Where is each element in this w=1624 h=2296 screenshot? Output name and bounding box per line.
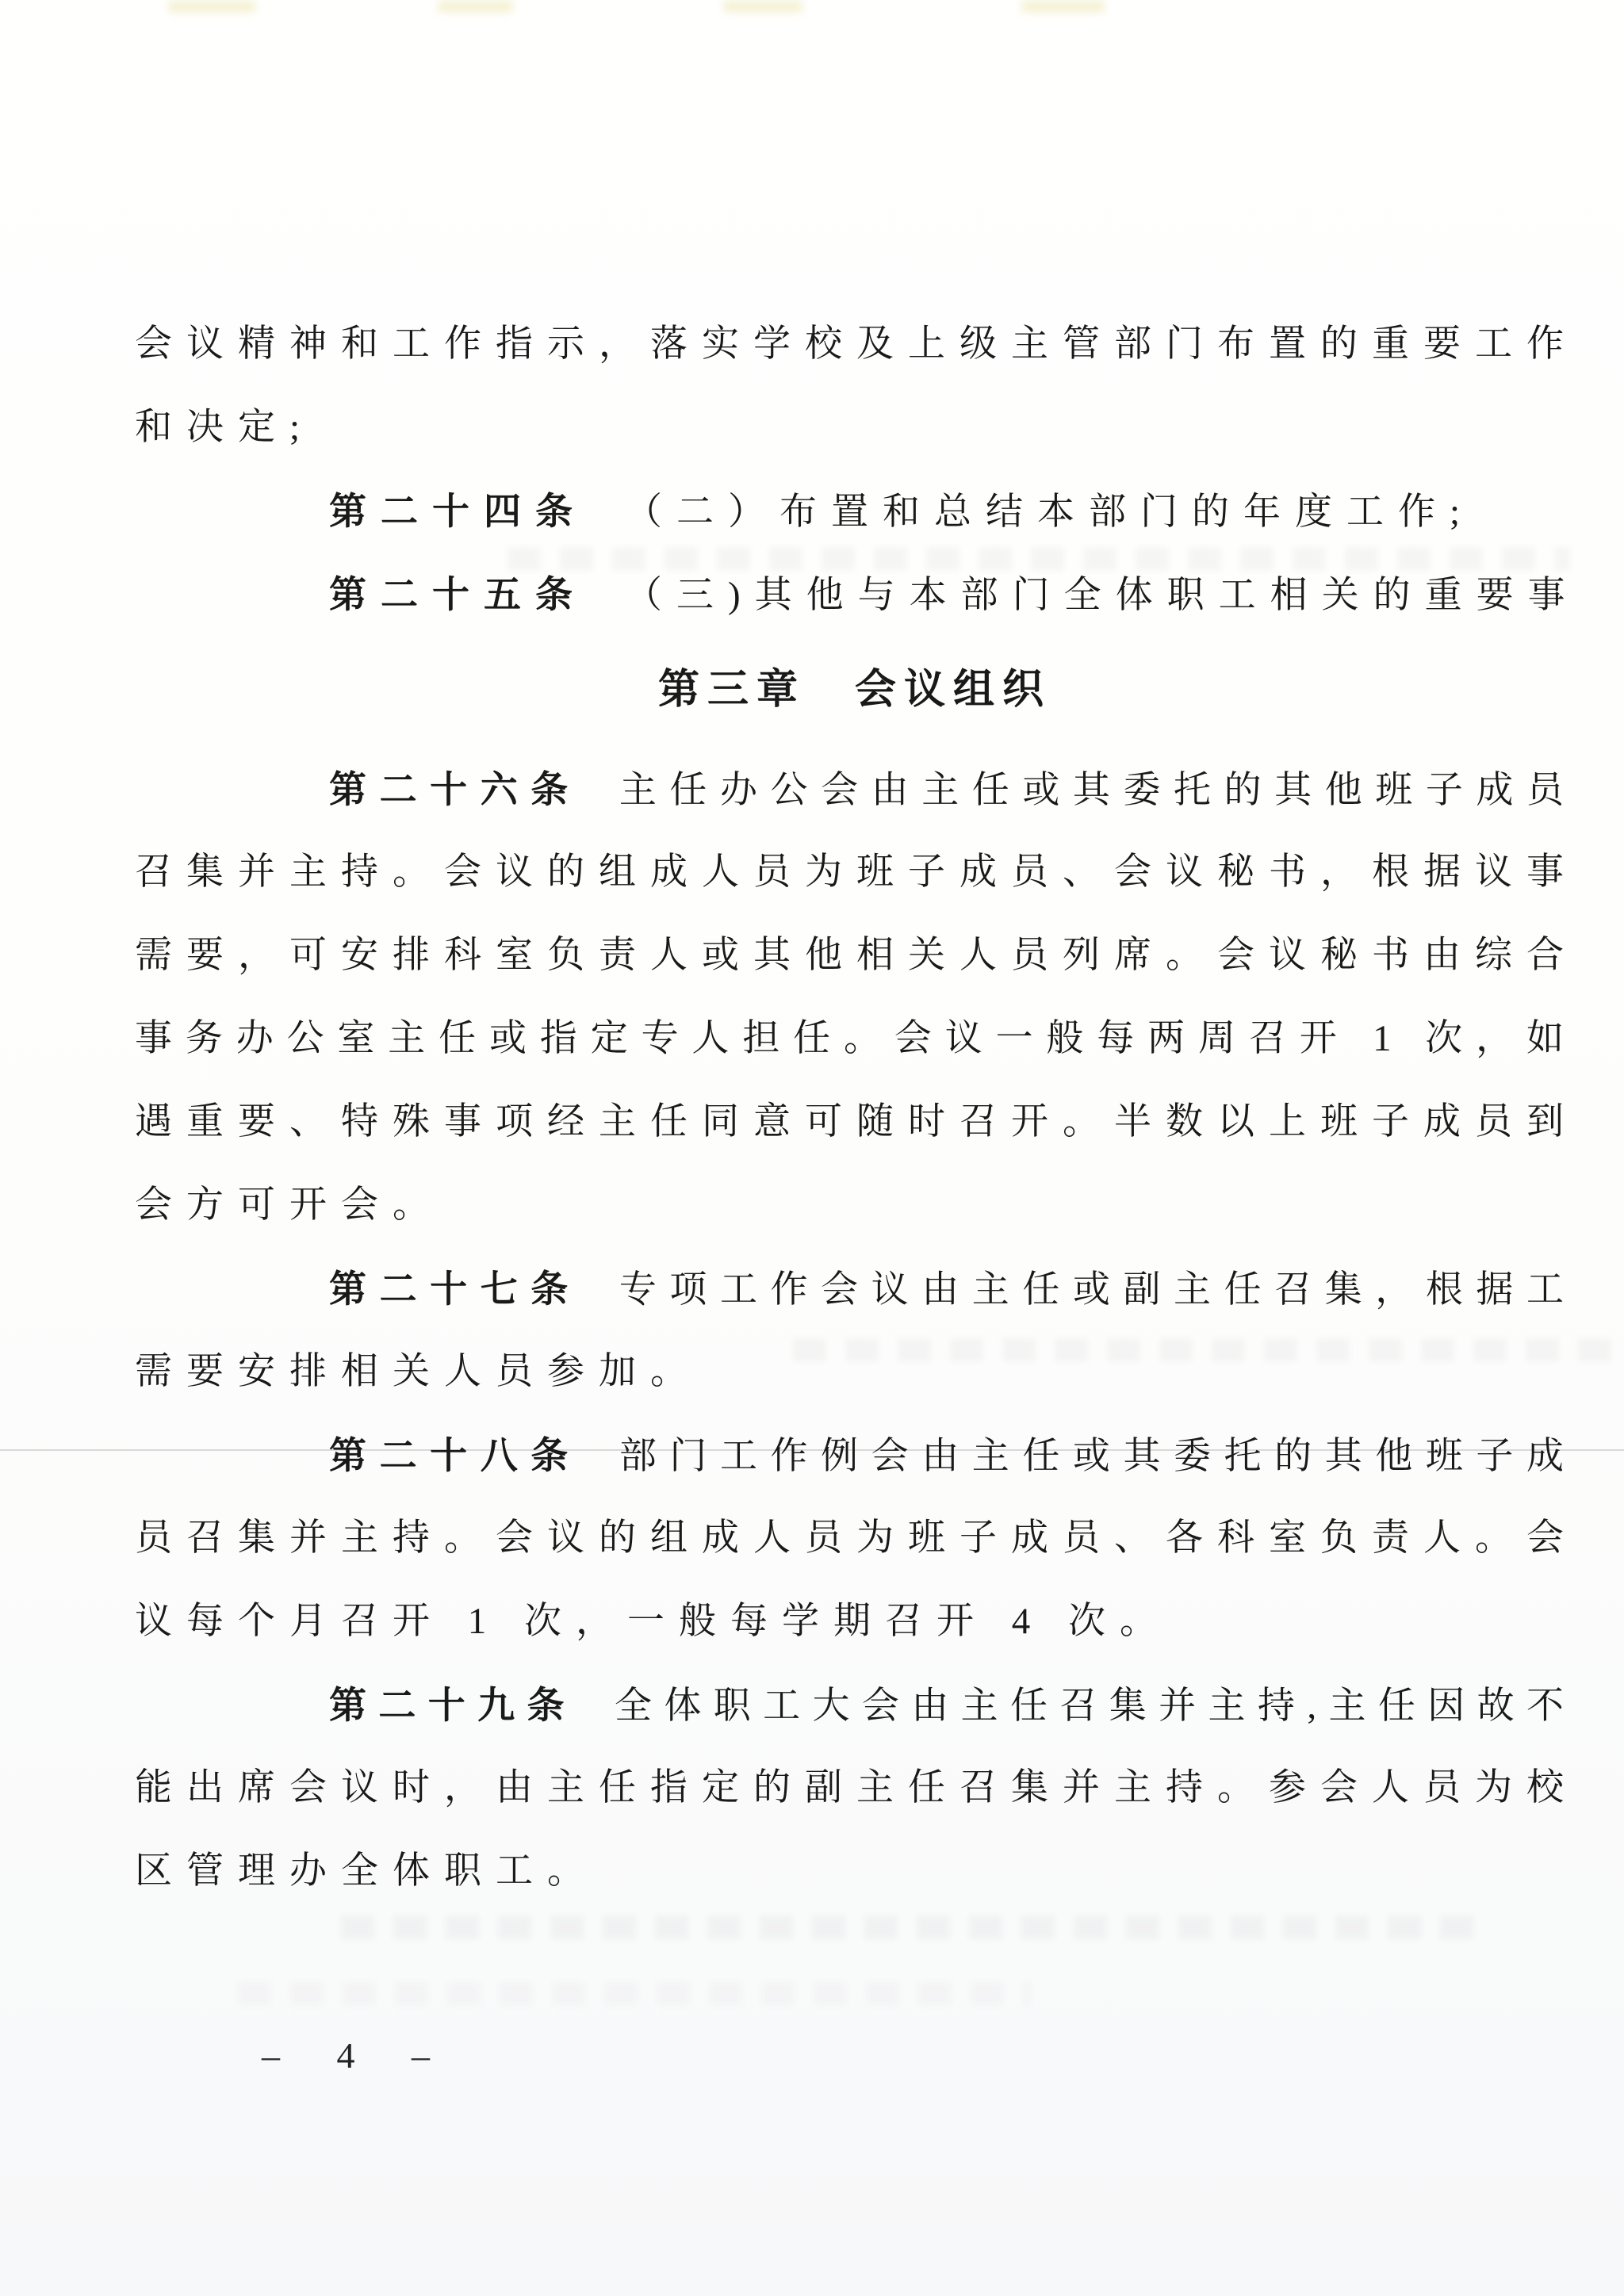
body-line: 会议精神和工作指示，落实学校及上级主管部门布置的重要工作	[135, 303, 1575, 386]
body-line: 议每个月召开 1 次，一般每学期召开 4 次。	[135, 1580, 1575, 1663]
article-number: 第二十八条	[329, 1434, 581, 1476]
body-line: 第二十八条部门工作例会由主任或其委托的其他班子成	[135, 1414, 1575, 1497]
body-line: 第二十六条主任办公会由主任或其委托的其他班子成员	[135, 748, 1575, 831]
bleed-through-artifact	[341, 1915, 1491, 1939]
article-number: 第二十六条	[329, 768, 581, 810]
body-line: 员召集并主持。会议的组成人员为班子成员、各科室负责人。会	[135, 1497, 1575, 1580]
body-line: 需要安排相关人员参加。	[135, 1330, 1575, 1414]
body-line: 召集并主持。会议的组成人员为班子成员、会议秘书，根据议事	[135, 831, 1575, 914]
scan-smudge-artifact	[1021, 0, 1105, 13]
body-line: 能出席会议时，由主任指定的副主任召集并主持。参会人员为校	[135, 1747, 1575, 1830]
article-number: 第二十四条	[329, 490, 587, 532]
body-line: 区管理办全体职工。	[135, 1830, 1575, 1913]
article-text: （三)其他与本部门全体职工相关的重要事项。	[625, 575, 1575, 616]
body-line: 需要，可安排科室负责人或其他相关人员列席。会议秘书由综合	[135, 914, 1575, 997]
article-number: 第二十九条	[329, 1684, 576, 1726]
article-number: 第二十五条	[329, 573, 587, 615]
body-line: 遇重要、特殊事项经主任同意可随时召开。半数以上班子成员到	[135, 1081, 1575, 1164]
body-line: 第二十五条（三)其他与本部门全体职工相关的重要事项。	[135, 553, 1575, 636]
scan-smudge-artifact	[168, 0, 255, 13]
article-text: 全体职工大会由主任召集并主持,主任因故不	[615, 1686, 1575, 1727]
body-line: 事务办公室主任或指定专人担任。会议一般每两周召开 1 次，如	[135, 997, 1575, 1081]
article-number: 第二十七条	[329, 1268, 581, 1310]
body-line: 会方可开会。	[135, 1164, 1575, 1247]
scan-smudge-artifact	[438, 0, 513, 13]
article-text: （二）布置和总结本部门的年度工作;	[625, 492, 1474, 533]
article-text: 部门工作例会由主任或其委托的其他班子成	[619, 1436, 1575, 1477]
body-line: 和决定;	[135, 386, 1575, 469]
bleed-through-artifact	[238, 1982, 1031, 2006]
page-number: – 4 –	[262, 2034, 454, 2076]
document-page: 会议精神和工作指示，落实学校及上级主管部门布置的重要工作 和决定; 第二十四条（…	[0, 0, 1624, 2296]
body-line: 第二十七条专项工作会议由主任或副主任召集，根据工作	[135, 1247, 1575, 1330]
document-body: 会议精神和工作指示，落实学校及上级主管部门布置的重要工作 和决定; 第二十四条（…	[135, 303, 1575, 1913]
body-line: 第二十九条全体职工大会由主任召集并主持,主任因故不	[135, 1663, 1575, 1747]
scan-smudge-artifact	[723, 0, 802, 13]
article-text: 主任办公会由主任或其委托的其他班子成员	[619, 770, 1575, 811]
chapter-heading: 第三章 会议组织	[135, 649, 1575, 732]
body-line: 第二十四条（二）布置和总结本部门的年度工作;	[135, 469, 1575, 553]
